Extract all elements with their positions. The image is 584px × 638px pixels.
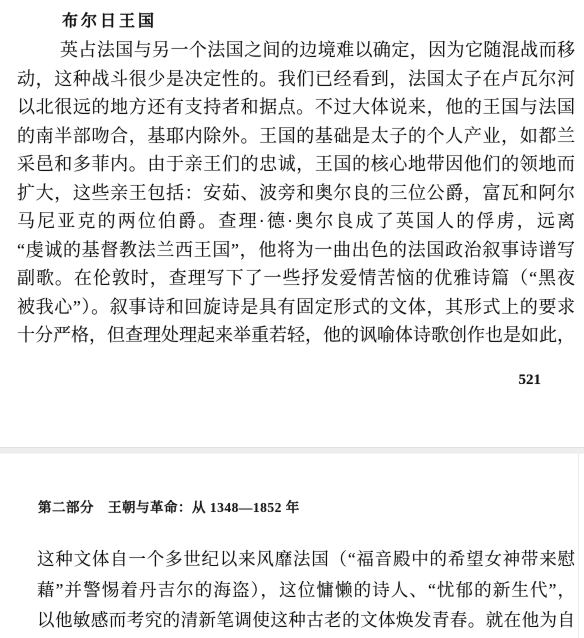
page-separator bbox=[0, 447, 584, 454]
page-edge-line bbox=[578, 454, 579, 638]
paragraph-line: “虔诚的基督教法兰西王国”，他将为一曲出色的法国政治叙事诗谱写 bbox=[17, 236, 575, 265]
paragraph-line: 的南半部吻合，基耶内除外。王国的基础是太子的个人产业，如都兰 bbox=[17, 122, 575, 151]
paragraph-line: 十分严格，但查理处理起来举重若轻，他的讽喻体诗歌创作也是如此， bbox=[17, 321, 575, 350]
paragraph-line: 这种文体自一个多世纪以来风靡法国（“福音殿中的希望女神带来慰 bbox=[37, 544, 575, 575]
page-1-paragraph: 英占法国与另一个法国之间的边境难以确定，因为它随混战而移 动，这种战斗很少是决定… bbox=[17, 36, 575, 350]
paragraph-line: 以北很远的地方还有支持者和据点。不过大体说来，他的王国与法国 bbox=[17, 93, 575, 122]
scanned-book-view: PDG 布尔日王国 英占法国与另一个法国之间的边境难以确定，因为它随混战而移 动… bbox=[0, 0, 584, 638]
page-2: 第二部分 王朝与革命：从 1348—1852 年 这种文体自一个多世纪以来风靡法… bbox=[0, 454, 584, 638]
paragraph-line: 采邑和多菲内。由于亲王们的忠诚，王国的核心地带因他们的领地而 bbox=[17, 150, 575, 179]
paragraph-line: 副歌。在伦敦时，查理写下了一些抒发爱情苦恼的优雅诗篇（“黑夜 bbox=[17, 264, 575, 293]
paragraph-line: 藉”并警惕着丹吉尔的海盗），这位慵懒的诗人、“忧郁的新生代”， bbox=[37, 575, 575, 606]
page-1: 布尔日王国 英占法国与另一个法国之间的边境难以确定，因为它随混战而移 动，这种战… bbox=[0, 0, 584, 447]
paragraph-line: 扩大，这些亲王包括：安茹、波旁和奥尔良的三位公爵，富瓦和阿尔 bbox=[17, 179, 575, 208]
section-heading: 布尔日王国 bbox=[62, 8, 157, 31]
paragraph-line: 以他敏感而考究的清新笔调使这种古老的文体焕发青春。就在他为自 bbox=[37, 605, 575, 636]
page-number: 521 bbox=[519, 372, 542, 389]
paragraph-line: 动，这种战斗很少是决定性的。我们已经看到，法国太子在卢瓦尔河 bbox=[17, 65, 575, 94]
paragraph-line: 马尼亚克的两位伯爵。查理·德·奥尔良成了英国人的俘虏，远离 bbox=[17, 207, 575, 236]
running-header: 第二部分 王朝与革命：从 1348—1852 年 bbox=[38, 496, 300, 516]
paragraph-line: 被我心”）。叙事诗和回旋诗是具有固定形式的文体，其形式上的要求 bbox=[17, 293, 575, 322]
page-2-paragraph: 这种文体自一个多世纪以来风靡法国（“福音殿中的希望女神带来慰 藉”并警惕着丹吉尔… bbox=[37, 544, 575, 636]
paragraph-line: 英占法国与另一个法国之间的边境难以确定，因为它随混战而移 bbox=[17, 36, 575, 65]
